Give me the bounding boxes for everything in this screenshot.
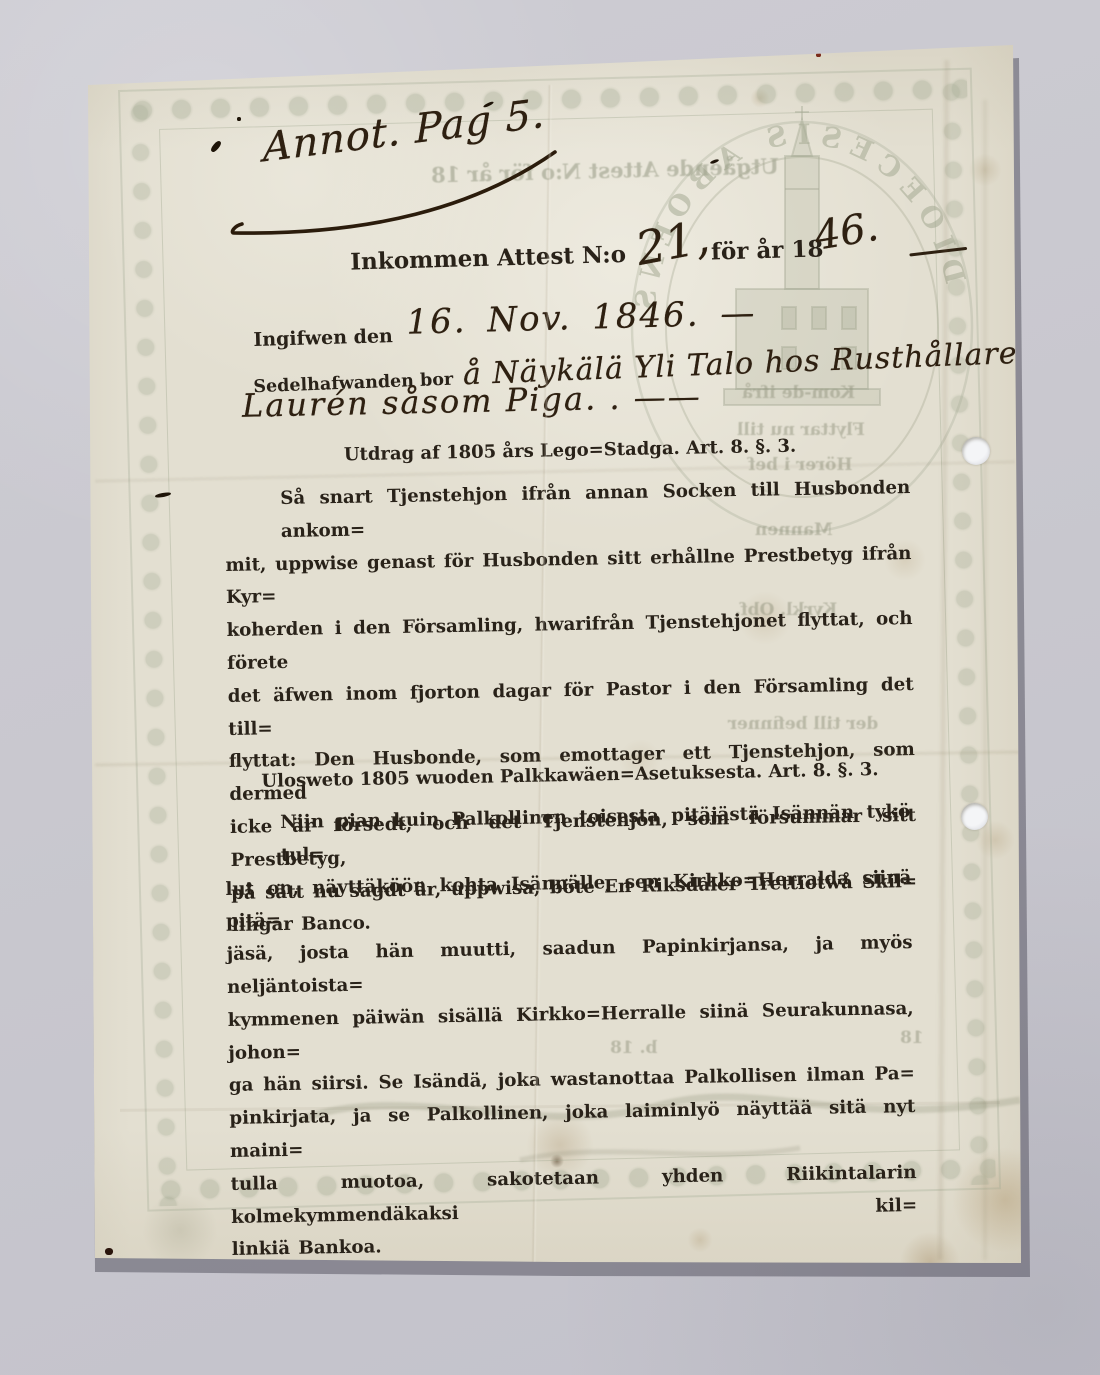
received-label: Ingifwen den bbox=[253, 325, 393, 351]
swedish-line: Så snart Tjenstehjon ifrån annan Socken … bbox=[224, 472, 911, 550]
ghost-fragment: Kom-de ifrå bbox=[742, 383, 855, 403]
attest-printed-label: Inkommen Attest N:o bbox=[350, 241, 626, 276]
ink-speck bbox=[105, 1248, 113, 1255]
finnish-line: jäsä, josta hän muutti, saadun Papinkirj… bbox=[226, 927, 913, 1005]
finnish-line: lut on, näyttäköön kohta Isännälle, sen … bbox=[225, 862, 912, 940]
fold-crease-vertical bbox=[983, 100, 987, 1260]
swedish-line: mit, uppwise genast för Husbonden sitt e… bbox=[225, 538, 912, 616]
received-date-handwritten: 16. Nov. 1846. — bbox=[406, 293, 757, 343]
finnish-line: kymmenen päiwän sisällä Kirkko=Herralle … bbox=[227, 993, 914, 1071]
attest-year-handwritten: 46. bbox=[812, 204, 882, 260]
swedish-line: det äfwen inom fjorton dagar för Pastor … bbox=[227, 669, 914, 747]
ink-speck bbox=[816, 53, 821, 57]
photo-backdrop: Utgående Attest N:o för år 18 DIOECESIS … bbox=[0, 0, 1100, 1375]
document-paper: Utgående Attest N:o för år 18 DIOECESIS … bbox=[0, 0, 1100, 1375]
punch-hole-bottom bbox=[961, 803, 988, 830]
punch-hole-top bbox=[962, 437, 990, 465]
finnish-paragraph: Niin pian kuin Palkollinen toisesta pitä… bbox=[224, 796, 918, 1267]
finnish-line: tulla muotoa, sakotetaan yhden Riikintal… bbox=[230, 1157, 917, 1235]
finnish-line: Niin pian kuin Palkollinen toisesta pitä… bbox=[224, 796, 911, 874]
ink-speck bbox=[237, 117, 241, 121]
swedish-line: koherden i den Församling, hwarifrån Tje… bbox=[226, 603, 913, 681]
handwritten-dash bbox=[909, 247, 967, 257]
attest-year-printed: för år 18 bbox=[711, 235, 824, 265]
